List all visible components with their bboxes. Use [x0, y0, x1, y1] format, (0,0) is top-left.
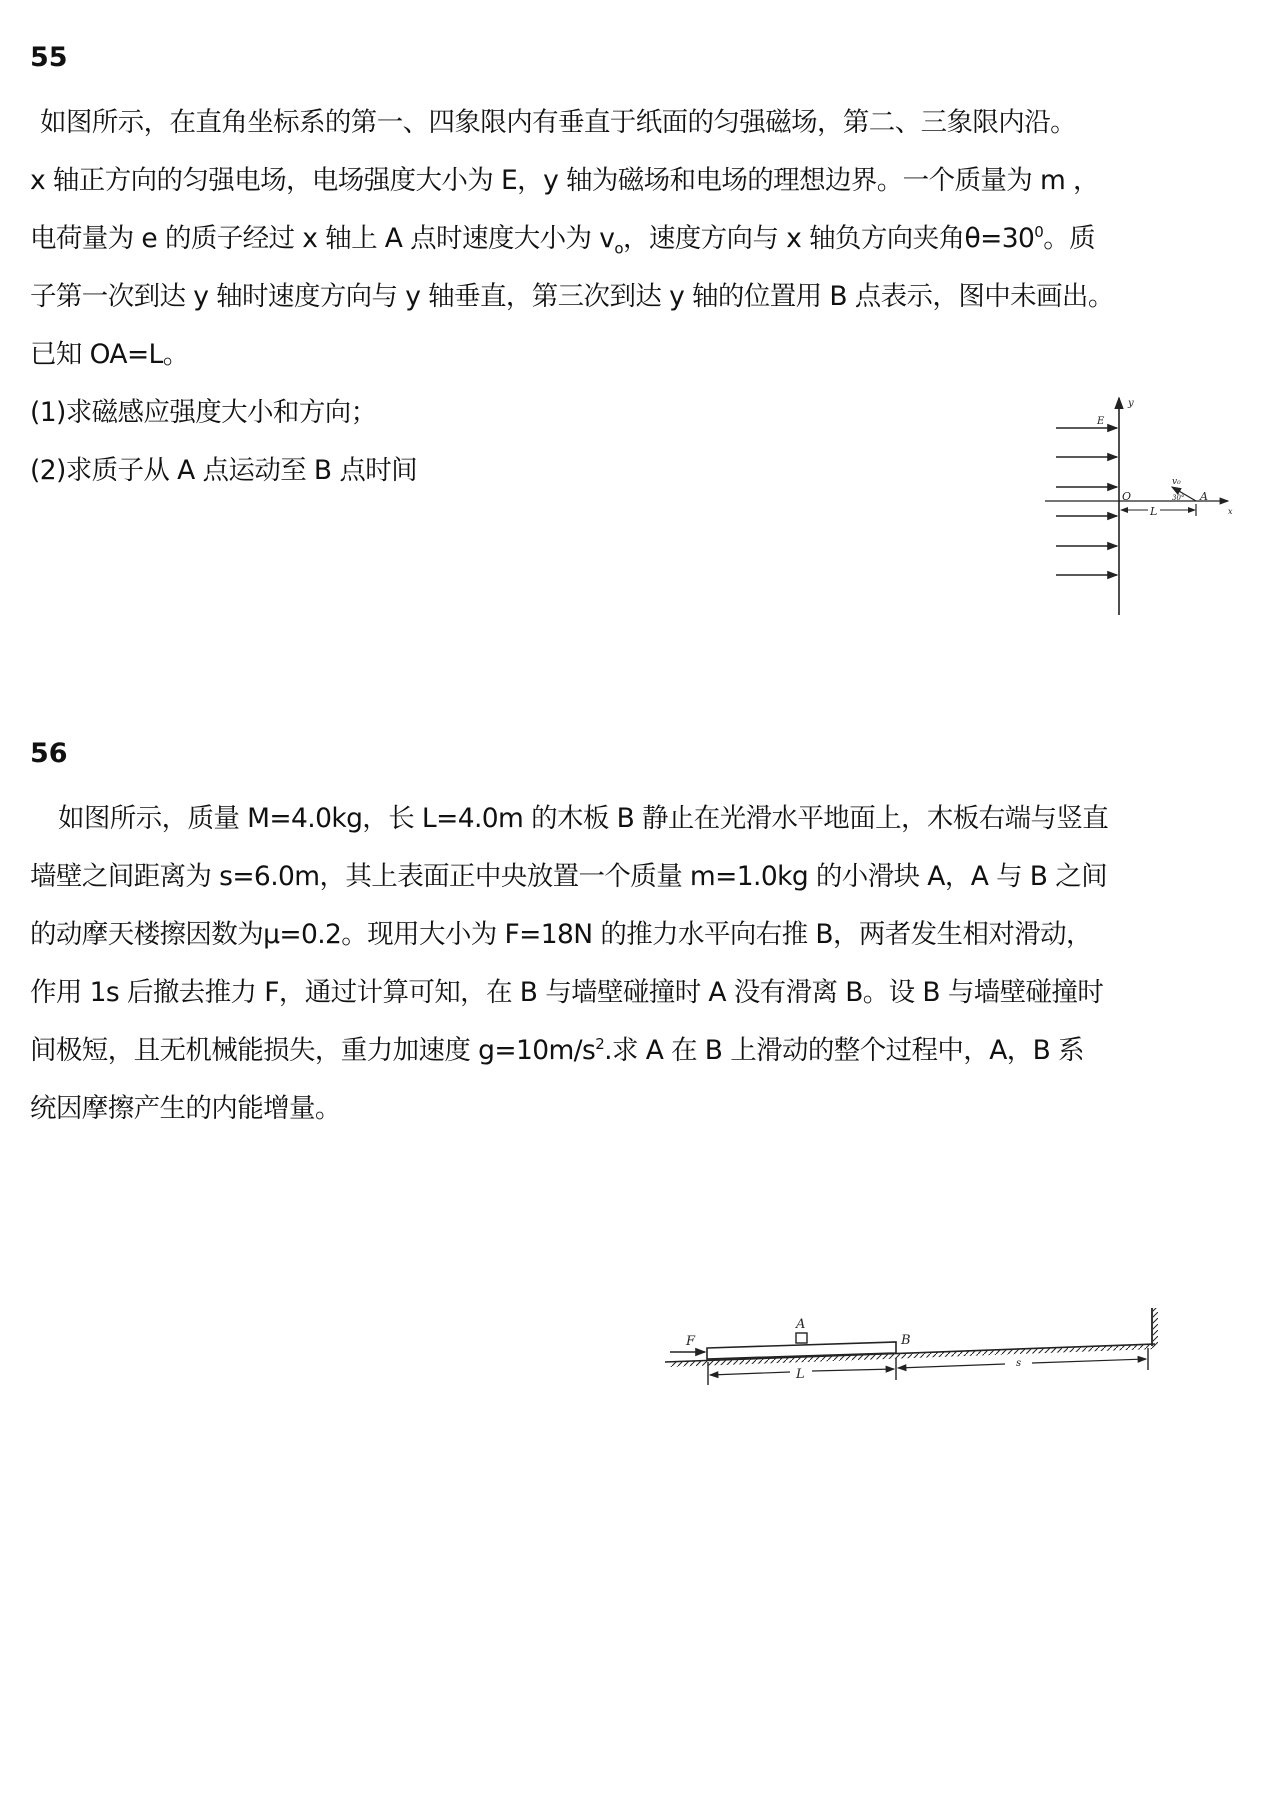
problem-text-line: 的动摩天楼擦因数为μ=0.2。现用大小为 F=18N 的推力水平向右推 B，两者… [30, 912, 1092, 951]
x-axis-label: x [1228, 507, 1233, 516]
field-label: E [1096, 416, 1105, 427]
problem-text-line: 统因摩擦产生的内能增量。 [30, 1086, 341, 1125]
block-a-label: A [795, 1317, 805, 1332]
problem-text-line: 子第一次到达 y 轴时速度方向与 y 轴垂直，第三次到达 y 轴的位置用 B 点… [30, 274, 1114, 313]
question-1: (1)求磁感应强度大小和方向； [30, 390, 377, 429]
angle-label: 30° [1172, 494, 1184, 502]
force-label: F [685, 1334, 696, 1349]
problem-text-line: 间极短，且无机械能损失，重力加速度 g=10m/s2.求 A 在 B 上滑动的整… [30, 1028, 1084, 1067]
problem-text-line: 如图所示，在直角坐标系的第一、四象限内有垂直于纸面的匀强磁场，第二、三象限内沿。 [40, 100, 1076, 139]
problem-number: 56 [30, 738, 68, 769]
problem-text-line: 作用 1s 后撤去推力 F，通过计算可知，在 B 与墙壁碰撞时 A 没有滑离 B… [30, 970, 1103, 1009]
distance-label: s [1016, 1358, 1021, 1369]
problem-text-line: x 轴正方向的匀强电场，电场强度大小为 E，y 轴为磁场和电场的理想边界。一个质… [30, 158, 1099, 197]
problem-text-line: 如图所示，质量 M=4.0kg，长 L=4.0m 的木板 B 静止在光滑水平地面… [58, 796, 1108, 835]
problem-text-line: 电荷量为 e 的质子经过 x 轴上 A 点时速度大小为 vo，速度方向与 x 轴… [30, 216, 1095, 255]
length-label: L [795, 1367, 805, 1382]
point-a-label: A [1199, 490, 1208, 503]
problem-number: 55 [30, 42, 68, 73]
question-2: (2)求质子从 A 点运动至 B 点时间 [30, 448, 417, 487]
coordinate-field-diagram: y x E O v₀ 30° A L [1020, 390, 1240, 620]
board-b-label: B [900, 1333, 911, 1348]
distance-label: L [1149, 505, 1157, 518]
board-wall-diagram: A B F L s [660, 1300, 1220, 1410]
velocity-label: v₀ [1172, 477, 1181, 487]
origin-label: O [1122, 490, 1131, 503]
y-axis-label: y [1127, 398, 1134, 409]
problem-text-line: 已知 OA=L。 [30, 332, 189, 371]
problem-text-line: 墙壁之间距离为 s=6.0m，其上表面正中央放置一个质量 m=1.0kg 的小滑… [30, 854, 1107, 893]
